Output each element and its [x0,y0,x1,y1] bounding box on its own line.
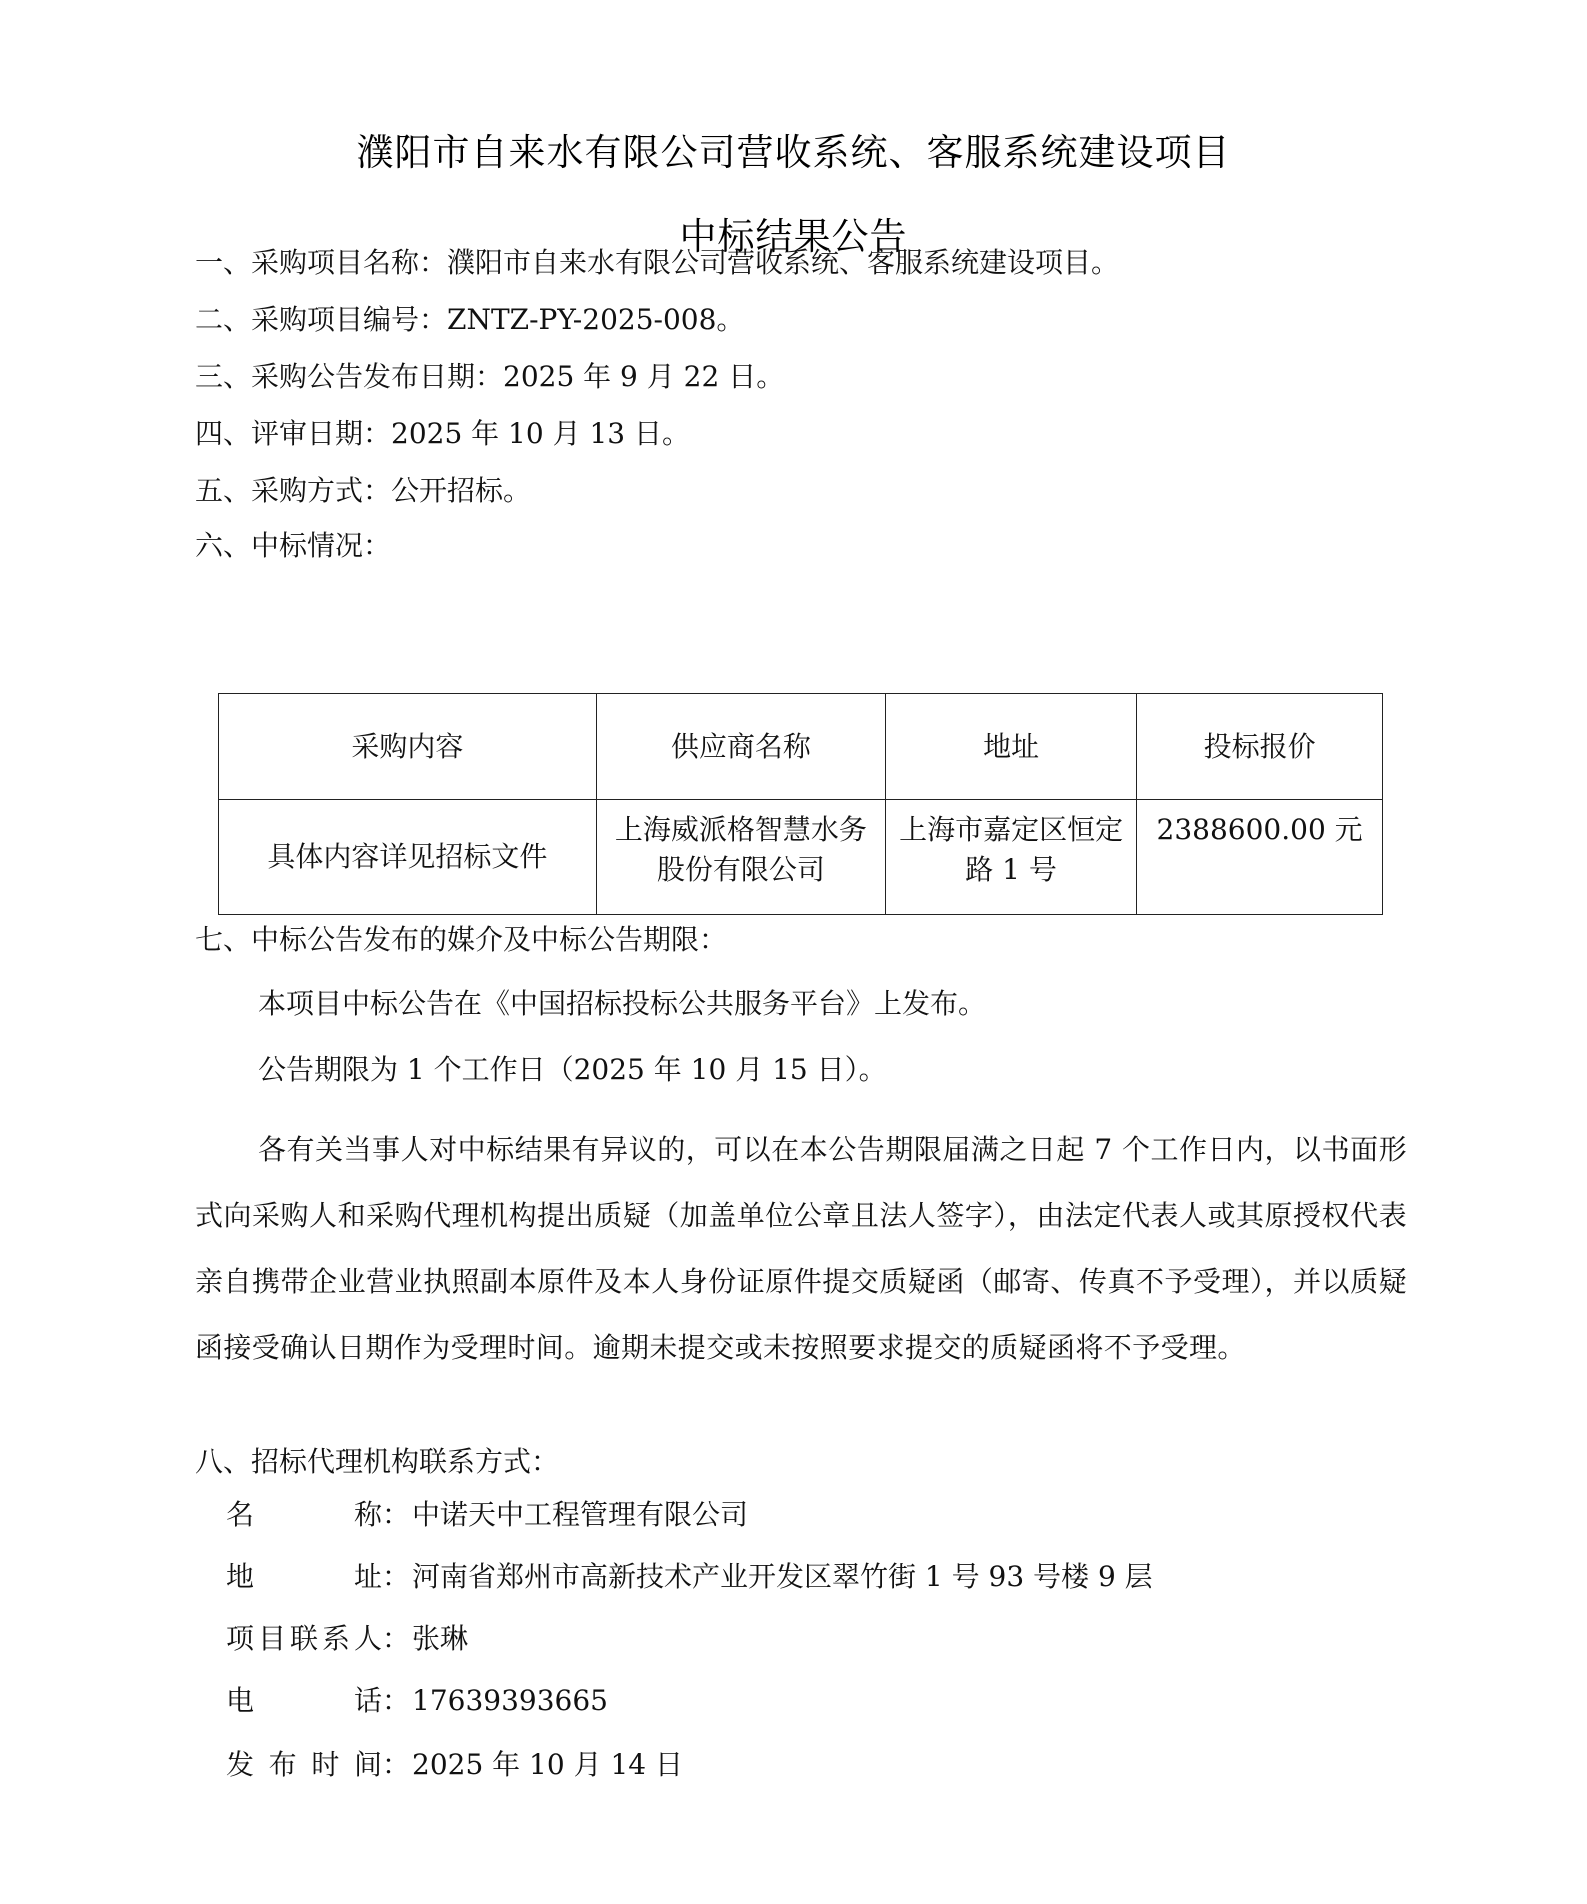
objection-paragraph: 各有关当事人对中标结果有异议的，可以在本公告期限届满之日起 7 个工作日内，以书… [195,1117,1407,1381]
cell-bid-price: 2388600.00 元 [1137,800,1383,915]
agency-name-row: 名称：中诺天中工程管理有限公司 [226,1495,748,1535]
publication-media-text: 本项目中标公告在《中国招标投标公共服务平台》上发布。 [258,984,986,1024]
section-award-heading: 六、中标情况： [195,526,391,566]
section-announcement-date: 三、采购公告发布日期：2025 年 9 月 22 日。 [195,357,784,397]
phone-value: 17639393665 [412,1684,608,1717]
document-title: 濮阳市自来水有限公司营收系统、客服系统建设项目 [0,122,1587,176]
header-supplier-name: 供应商名称 [596,694,885,800]
table-header-row: 采购内容 供应商名称 地址 投标报价 [219,694,1383,800]
publish-time-label: 发布时间 [226,1745,382,1785]
section-procurement-method: 五、采购方式：公开招标。 [195,471,531,511]
header-bid-price: 投标报价 [1137,694,1383,800]
agency-phone-row: 电话：17639393665 [226,1681,608,1721]
announcement-period-text: 公告期限为 1 个工作日（2025 年 10 月 15 日）。 [258,1050,887,1090]
section-review-date: 四、评审日期：2025 年 10 月 13 日。 [195,414,690,454]
agency-contact-person-row: 项目联系人：张琳 [226,1619,468,1659]
agency-name-value: 中诺天中工程管理有限公司 [412,1498,748,1531]
agency-address-label: 地址 [226,1557,382,1597]
contact-person-label: 项目联系人 [226,1619,382,1659]
agency-address-value: 河南省郑州市高新技术产业开发区翠竹街 1 号 93 号楼 9 层 [412,1560,1153,1593]
award-table: 采购内容 供应商名称 地址 投标报价 具体内容详见招标文件 上海威派格智慧水务股… [218,693,1383,915]
cell-address: 上海市嘉定区恒定路 1 号 [885,800,1136,915]
header-procurement-content: 采购内容 [219,694,597,800]
table-row: 具体内容详见招标文件 上海威派格智慧水务股份有限公司 上海市嘉定区恒定路 1 号… [219,800,1383,915]
contact-person-value: 张琳 [412,1622,468,1655]
cell-procurement-content: 具体内容详见招标文件 [219,800,597,915]
document-page: 濮阳市自来水有限公司营收系统、客服系统建设项目 中标结果公告 一、采购项目名称：… [0,0,1587,1904]
publish-time-row: 发布时间：2025 年 10 月 14 日 [226,1745,683,1785]
agency-address-row: 地址：河南省郑州市高新技术产业开发区翠竹街 1 号 93 号楼 9 层 [226,1557,1153,1597]
phone-label: 电话 [226,1681,382,1721]
cell-supplier-name: 上海威派格智慧水务股份有限公司 [596,800,885,915]
section-publication-media-heading: 七、中标公告发布的媒介及中标公告期限： [195,920,727,960]
publish-time-value: 2025 年 10 月 14 日 [412,1748,683,1781]
section-project-name: 一、采购项目名称：濮阳市自来水有限公司营收系统、客服系统建设项目。 [195,243,1119,283]
header-address: 地址 [885,694,1136,800]
section-agency-contact-heading: 八、招标代理机构联系方式： [195,1442,559,1482]
section-project-number: 二、采购项目编号：ZNTZ-PY-2025-008。 [195,300,744,340]
agency-name-label: 名称 [226,1495,382,1535]
